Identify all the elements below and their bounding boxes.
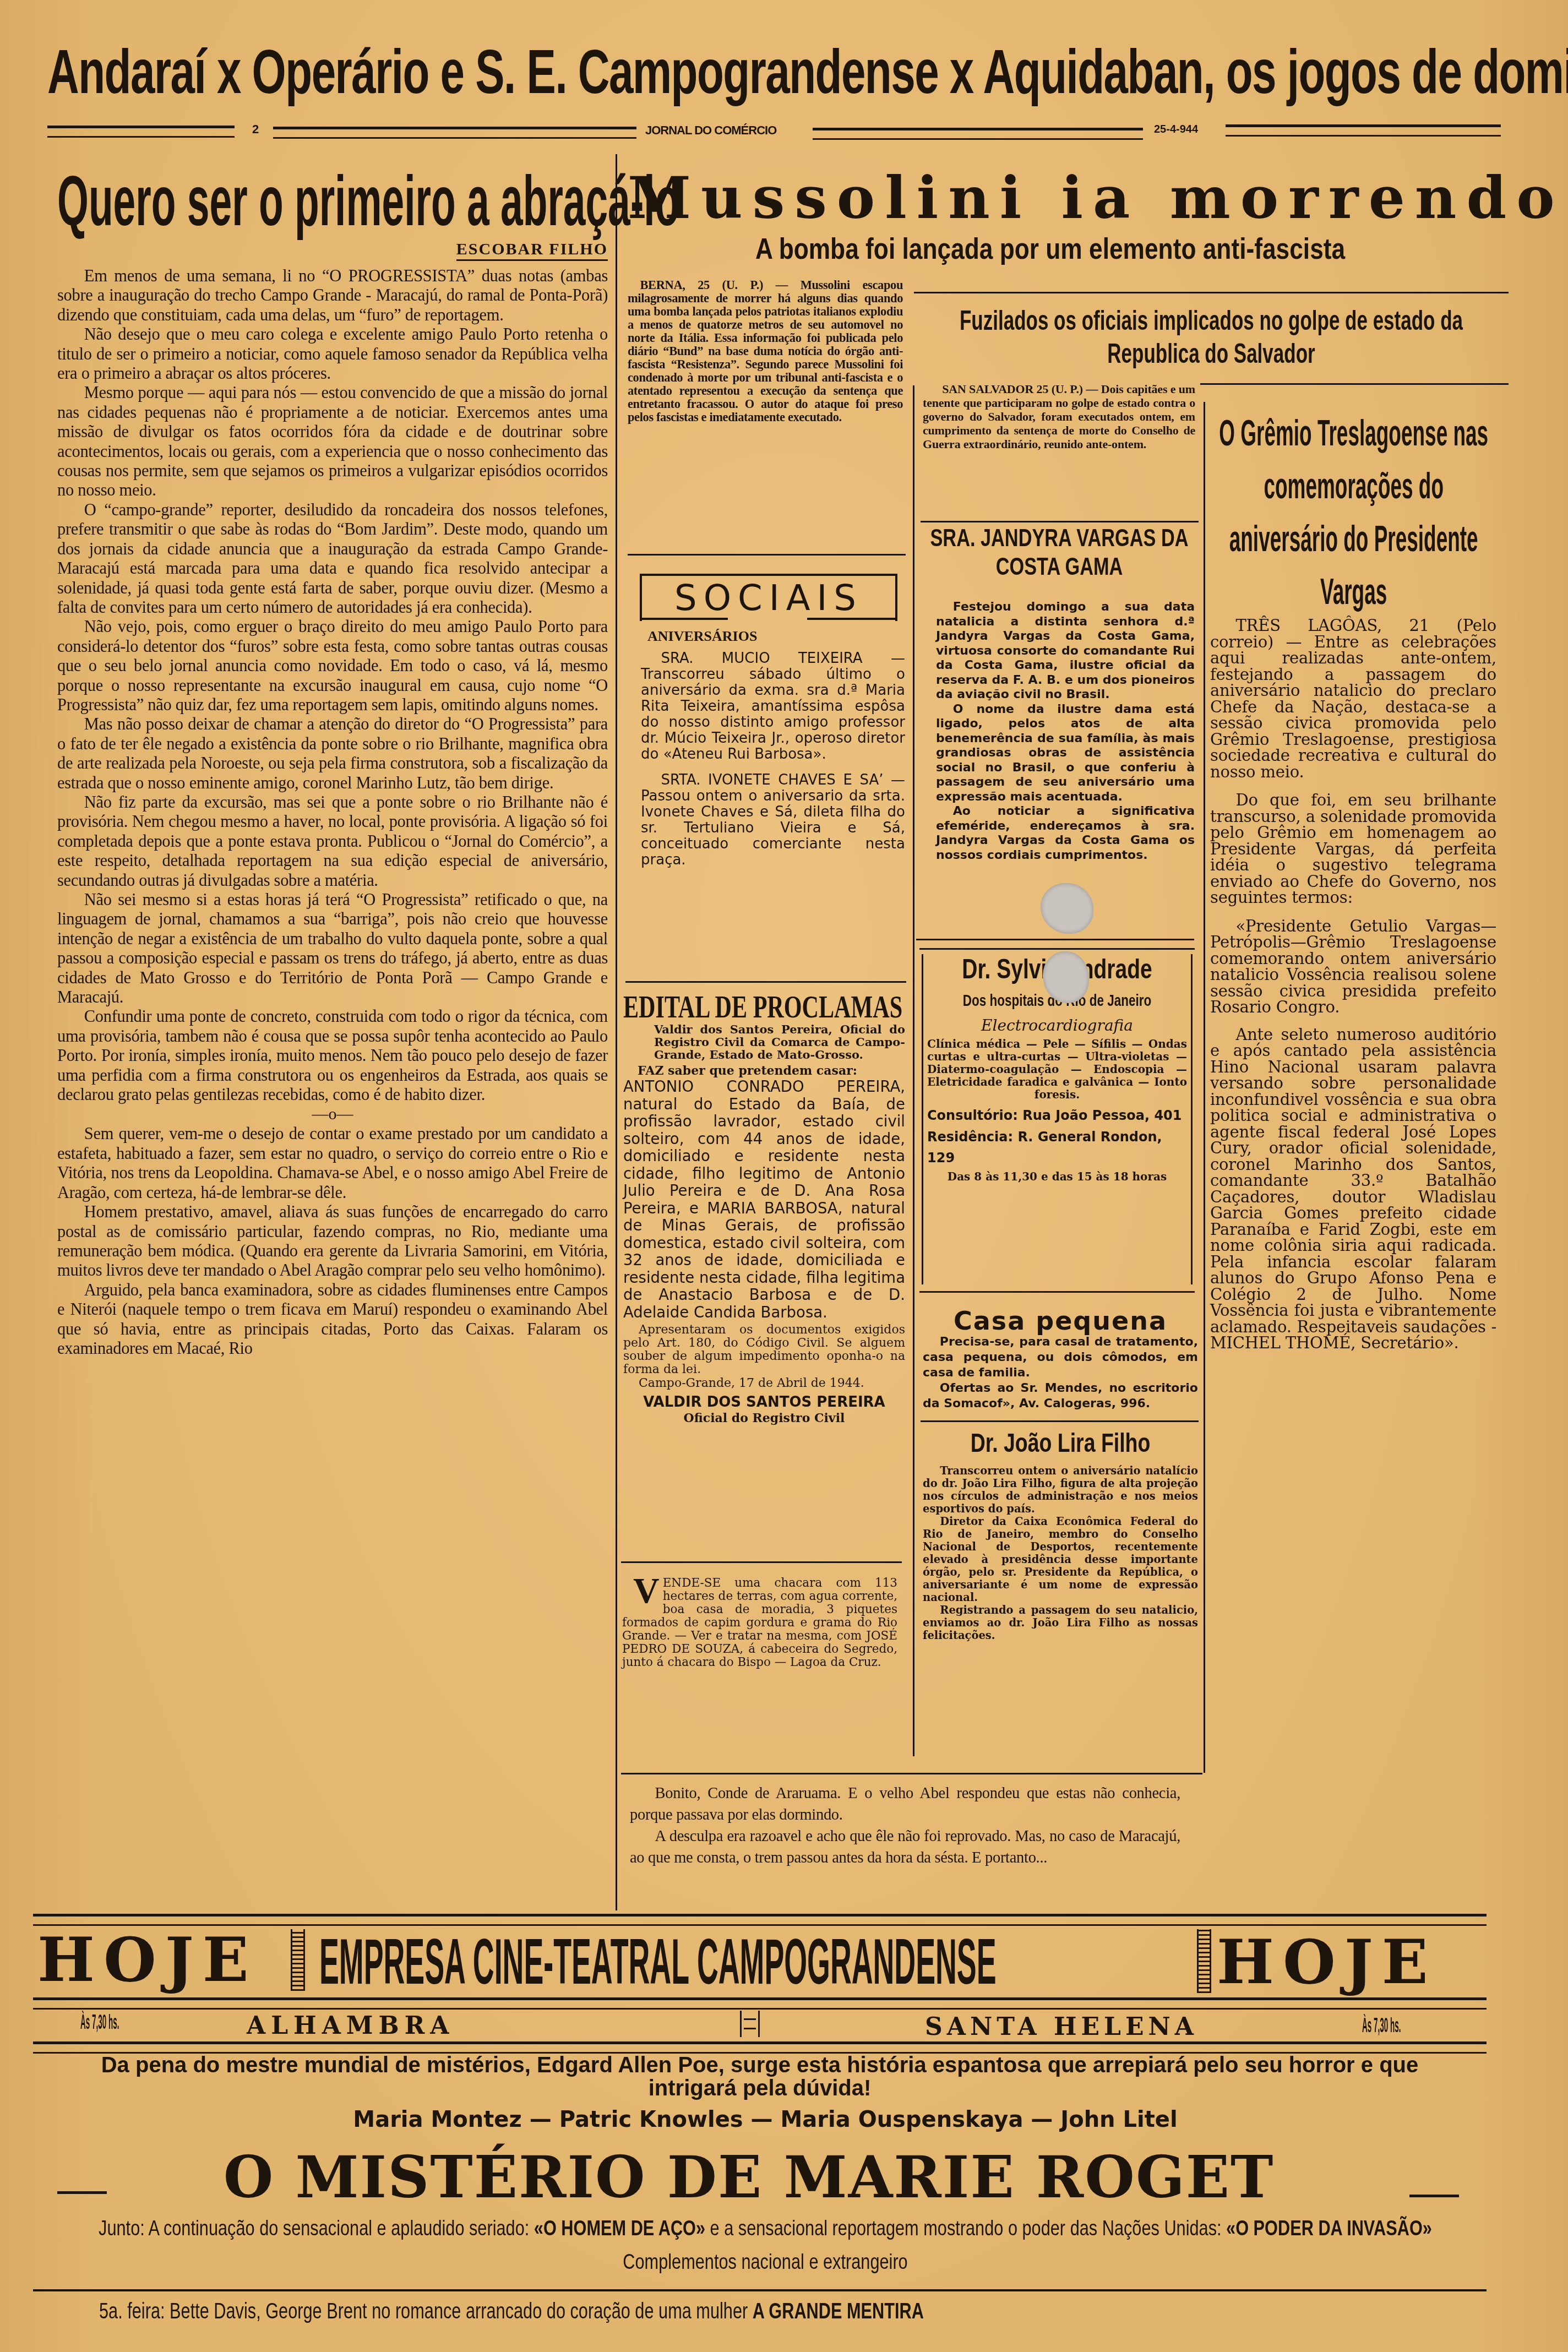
mussolini-subheadline: A bomba foi lançada por um elemento anti…: [755, 231, 1345, 266]
byline-text: ESCOBAR FILHO: [456, 240, 608, 261]
sociais-box: SOCIAIS: [640, 574, 897, 621]
salvador-headline-rule: [1200, 383, 1509, 385]
mussolini-rule: [628, 554, 906, 556]
column-divider-3: [1204, 402, 1205, 1773]
salvador-dateline: SAN SALVADOR 25 (U. P.) —: [942, 382, 1098, 396]
cinema-rule-2: [33, 1997, 1487, 2010]
left-article-body: Em menos de uma semana, li no “O PROGRES…: [57, 266, 608, 1104]
salvador-headline-wrap: Fuzilados os oficiais implicados no golp…: [914, 304, 1509, 370]
jandyra-body: Festejou domingo a sua data natalicia a …: [936, 600, 1195, 863]
paragraph: Do que foi, em seu brilhante transcurso,…: [1210, 792, 1496, 906]
paragraph: Sem querer, vem-me o desejo de contar o …: [57, 1124, 608, 1202]
extras-prefix: Junto: A continuação do sensacional e ap…: [99, 2216, 529, 2240]
column-divider-1: [616, 154, 617, 1910]
left-headline: Quero ser o primeiro a abraçá-lo: [57, 160, 679, 243]
joao-lira: Dr. João Lira Filho Transcorreu ontem o …: [923, 1426, 1198, 1642]
classified-bottom-rule: [621, 1773, 1202, 1774]
casa-contact: Ofertas ao Sr. Mendes, no escritorio da …: [923, 1381, 1198, 1412]
doctor-hours: Das 8 às 11,30 e das 15 às 18 horas: [919, 1168, 1195, 1185]
cast-member: John Litel: [1060, 2107, 1177, 2132]
gremio-body: TRÊS LAGÔAS, 21 (Pelo correio) — Entre a…: [1210, 618, 1496, 1352]
paragraph: Ante seleto numeroso auditório e após ca…: [1210, 1027, 1496, 1352]
jandyra-headline-wrap: SRA. JANDYRA VARGAS DA COSTA GAMA: [916, 524, 1202, 581]
gremio-article: O Grêmio Treslagoense nas comemorações d…: [1210, 406, 1496, 1363]
edital-closing: Apresentaram os documentos exigidos pelo…: [623, 1324, 905, 1376]
left-headline-wrap: Quero ser o primeiro a abraçá-lo: [57, 160, 608, 237]
theater-right-time: Às 7,30 hs.: [1362, 2015, 1401, 2038]
hoje-right-wrap: HOJE: [1217, 1929, 1492, 1995]
left-article-continuation: Bonito, Conde de Araruama. E o velho Abe…: [630, 1783, 1180, 1869]
edital-intro: Valdir dos Santos Pereira, Oficial do Re…: [654, 1023, 905, 1061]
salvador-bottom-rule: [921, 521, 1199, 522]
classified-drop-cap: V: [633, 1577, 660, 1605]
next-feature: 5a. feira: Bette Davis, George Brent no …: [99, 2296, 1420, 2326]
top-headline-wrap: Andaraí x Operário e S. E. Campograndens…: [47, 34, 1501, 106]
paragraph: Não fiz parte da excursão, mas sei que a…: [57, 793, 608, 890]
theater-divider: [740, 2011, 760, 2037]
social-item: SRA. MUCIO TEIXEIRA — Transcorreu sábado…: [641, 651, 905, 763]
masthead-rule-2: [273, 127, 636, 139]
paragraph: Bonito, Conde de Araruama. E o velho Abe…: [630, 1783, 1180, 1826]
joao-lira-body: Transcorreu ontem o aniversário natalíci…: [923, 1464, 1198, 1642]
cast-separator: —: [1023, 2107, 1060, 2132]
theater-left-name: ALHAMBRA: [247, 2012, 454, 2040]
paragraph: Confundir uma ponte de concreto, constru…: [57, 1007, 608, 1104]
casa-title: Casa pequena: [923, 1307, 1198, 1335]
paragraph: Diretor da Caixa Econômica Federal do Ri…: [923, 1515, 1198, 1604]
paragraph: TRÊS LAGÔAS, 21 (Pelo correio) — Entre a…: [1210, 618, 1496, 780]
jandyra-bottom-rule: [916, 939, 1194, 940]
edital-place-date: Campo-Grande, 17 de Abril de 1944.: [623, 1376, 905, 1391]
mussolini-dateline: BERNA, 25 (U. P.) —: [640, 278, 788, 292]
masthead-rule-4: [1226, 124, 1501, 137]
film-title: O MISTÉRIO DE MARIE ROGET: [116, 2142, 1382, 2213]
issue-date: 25-4-944: [1154, 123, 1198, 136]
sociais-section: ANIVERSÁRIOS SRA. MUCIO TEIXEIRA — Trans…: [641, 627, 905, 878]
cast-separator: —: [522, 2107, 559, 2132]
mussolini-headline: Mussolini ia morrendo: [628, 165, 1509, 231]
cinema-ad: HOJE EMPRESA CINE-TEATRAL CAMPOGRANDENSE…: [33, 1924, 1498, 2331]
edital-title-wrap: EDITAL DE PROCLAMAS: [623, 990, 905, 1023]
paragraph: Transcorreu ontem o aniversário natalíci…: [923, 1464, 1198, 1515]
paragraph: Festejou domingo a sua data natalicia a …: [936, 600, 1195, 703]
extras-suffix: Complementos nacional e extrangeiro: [623, 2250, 907, 2274]
salvador-top-rule: [914, 292, 1509, 293]
casa-text-p: Precisa-se, para casal de tratamento, ca…: [923, 1335, 1198, 1381]
theater-left-time: Às 7,30 hs.: [80, 2012, 119, 2034]
mussolini-text: Mussolini escapou milagrosamente de morr…: [628, 278, 903, 424]
sociais-section-title: ANIVERSÁRIOS: [641, 627, 905, 646]
top-headline: Andaraí x Operário e S. E. Campograndens…: [47, 34, 1568, 110]
sociais-box-bottom-right: [807, 618, 895, 620]
doctor-residence: Residência: R. General Rondon, 129: [919, 1126, 1195, 1168]
edital-body: ANTONIO CONRADO PEREIRA, natural do Esta…: [623, 1079, 905, 1321]
masthead-rule-3: [813, 128, 1143, 140]
classified-text: ENDE-SE uma chacara com 113 hectares de …: [622, 1576, 897, 1669]
cinema-extras: Junto: A continuação do sensacional e ap…: [68, 2211, 1463, 2278]
next-title: A GRANDE MENTIRA: [753, 2299, 924, 2323]
cast-member: Patric Knowles: [559, 2107, 743, 2132]
serial-title: «O HOMEM DE AÇO»: [534, 2216, 705, 2240]
hoje-right-bars: [1197, 1929, 1211, 1993]
page-number: 2: [252, 122, 259, 137]
social-item-name: SRA. MUCIO TEIXEIRA: [661, 650, 862, 667]
paragraph: Arguido, pela banca examinadora, sobre a…: [57, 1281, 608, 1359]
sociais-items: SRA. MUCIO TEIXEIRA — Transcorreu sábado…: [641, 651, 905, 868]
social-item: SRTA. IVONETE CHAVES E SA’ — Passou onte…: [641, 772, 905, 868]
gremio-headline: O Grêmio Treslagoense nas comemorações d…: [1210, 406, 1497, 618]
casa-text: Precisa-se, para casal de tratamento, ca…: [923, 1335, 1198, 1412]
cast-member: Maria Montez: [353, 2107, 521, 2132]
cast-separator: —: [743, 2107, 781, 2132]
theater-right-name: SANTA HELENA: [925, 2013, 1198, 2041]
doctor-office: Consultório: Rua João Pessoa, 401: [919, 1101, 1195, 1126]
cinema-rule-4: [33, 2289, 1487, 2291]
mussolini-subheadline-wrap: A bomba foi lançada por um elemento anti…: [755, 231, 1509, 266]
classified-ad: V ENDE-SE uma chacara com 113 hectares d…: [622, 1577, 897, 1669]
mussolini-article: Mussolini ia morrendo A bomba foi lançad…: [628, 165, 1509, 266]
hoje-left-bars: [291, 1929, 305, 1991]
left-article-body-2: Sem querer, vem-me o desejo de contar o …: [57, 1124, 608, 1358]
cinema-rule-3: [33, 2041, 1487, 2054]
extras-mid: e a sensacional reportagem mostrando o p…: [710, 2216, 1222, 2240]
paragraph: O nome da ilustre dama está ligado, pelo…: [936, 703, 1195, 805]
edital-signature-title: Oficial do Registro Civil: [623, 1412, 905, 1425]
title-dash-left: [57, 2191, 107, 2194]
paragraph: Não desejo que o meu caro colega e excel…: [57, 325, 608, 383]
cast-list: Maria Montez — Patric Knowles — Maria Ou…: [110, 2105, 1420, 2134]
company-wrap: EMPRESA CINE-TEATRAL CAMPOGRANDENSE: [319, 1926, 1200, 1995]
cinema-tagline: Da pena do mestre mundial de mistérios, …: [66, 2054, 1453, 2100]
jandyra-headline: SRA. JANDYRA VARGAS DA COSTA GAMA: [922, 524, 1196, 581]
sociais-title: SOCIAIS: [674, 578, 863, 619]
paragraph: Mas não posso deixar de chamar a atenção…: [57, 715, 608, 793]
sociais-bottom-rule: [625, 981, 906, 983]
paper-hole-1: [1041, 883, 1093, 934]
social-item-text: — Transcorreu sábado último o aniversári…: [641, 650, 905, 763]
paragraph: Homem prestativo, amavel, aliava ás suas…: [57, 1202, 608, 1281]
casa-ad: Casa pequena Precisa-se, para casal de t…: [923, 1307, 1198, 1412]
paragraph: Não vejo, pois, como erguer o braço dire…: [57, 617, 608, 715]
paragraph: «Presidente Getulio Vargas—Petrópolis—Gr…: [1210, 918, 1496, 1016]
hoje-left: HOJE: [37, 1924, 258, 1995]
paragraph: Registrando a passagem do seu natalicio,…: [923, 1604, 1198, 1642]
doctor-services: Clínica médica — Pele — Sífilis — Ondas …: [919, 1038, 1195, 1101]
doctor-ad-left-border: [922, 954, 923, 1284]
cast-member: Maria Ouspenskaya: [780, 2107, 1023, 2132]
social-item-name: SRTA. IVONETE CHAVES E SA’: [661, 772, 883, 788]
title-dash-right: [1409, 2195, 1459, 2197]
left-article: Quero ser o primeiro a abraçá-lo ESCOBAR…: [57, 160, 608, 1358]
hoje-right: HOJE: [1217, 1926, 1437, 1997]
column-divider-2: [913, 385, 914, 1756]
masthead-rule-1: [47, 126, 235, 138]
paragraph: Não sei mesmo si a estas horas já terá “…: [57, 890, 608, 1007]
edital-bottom-rule: [621, 1561, 902, 1563]
salvador-body: SAN SALVADOR 25 (U. P.) — Dois capitães …: [923, 382, 1195, 451]
next-prefix: 5a. feira: Bette Davis, George Brent no …: [99, 2299, 748, 2323]
edital-faz-saber: FAZ saber que pretendem casar:: [623, 1063, 905, 1079]
paragraph: Ao noticiar a significativa efeméride, e…: [936, 804, 1195, 863]
edital-title: EDITAL DE PROCLAMAS: [623, 990, 902, 1025]
doctor-ad-right-border: [1191, 954, 1193, 1284]
paragraph: Mesmo porque — aqui para nós — estou con…: [57, 383, 608, 500]
joao-lira-headline: Dr. João Lira Filho: [953, 1426, 1168, 1461]
paragraph: A desculpa era razoavel e acho que êle n…: [630, 1826, 1180, 1869]
company-name: EMPRESA CINE-TEATRAL CAMPOGRANDENSE: [319, 1926, 997, 1998]
newspaper-name: JORNAL DO COMÉRCIO: [645, 123, 776, 138]
doctor-specialty: Electrocardiografia: [919, 1014, 1195, 1038]
edital-signature-name: VALDIR DOS SANTOS PEREIRA: [623, 1393, 905, 1412]
salvador-headline: Fuzilados os oficiais implicados no golp…: [914, 304, 1508, 370]
edital: EDITAL DE PROCLAMAS Valdir dos Santos Pe…: [623, 990, 905, 1425]
masthead-rule-row: 2 JORNAL DO COMÉRCIO 25-4-944: [47, 122, 1501, 139]
paragraph: Em menos de uma semana, li no “O PROGRES…: [57, 266, 608, 325]
sociais-box-bottom-left: [640, 618, 728, 620]
mussolini-body: BERNA, 25 (U. P.) — Mussolini escapou mi…: [628, 279, 903, 424]
hoje-left-wrap: HOJE: [37, 1927, 296, 1993]
casa-bottom-rule: [921, 1420, 1199, 1422]
article-separator: —o—: [57, 1104, 608, 1124]
documentary-title: «O PODER DA INVASÃO»: [1226, 2216, 1432, 2240]
paragraph: O “campo-grande” reporter, desiludido da…: [57, 500, 608, 617]
